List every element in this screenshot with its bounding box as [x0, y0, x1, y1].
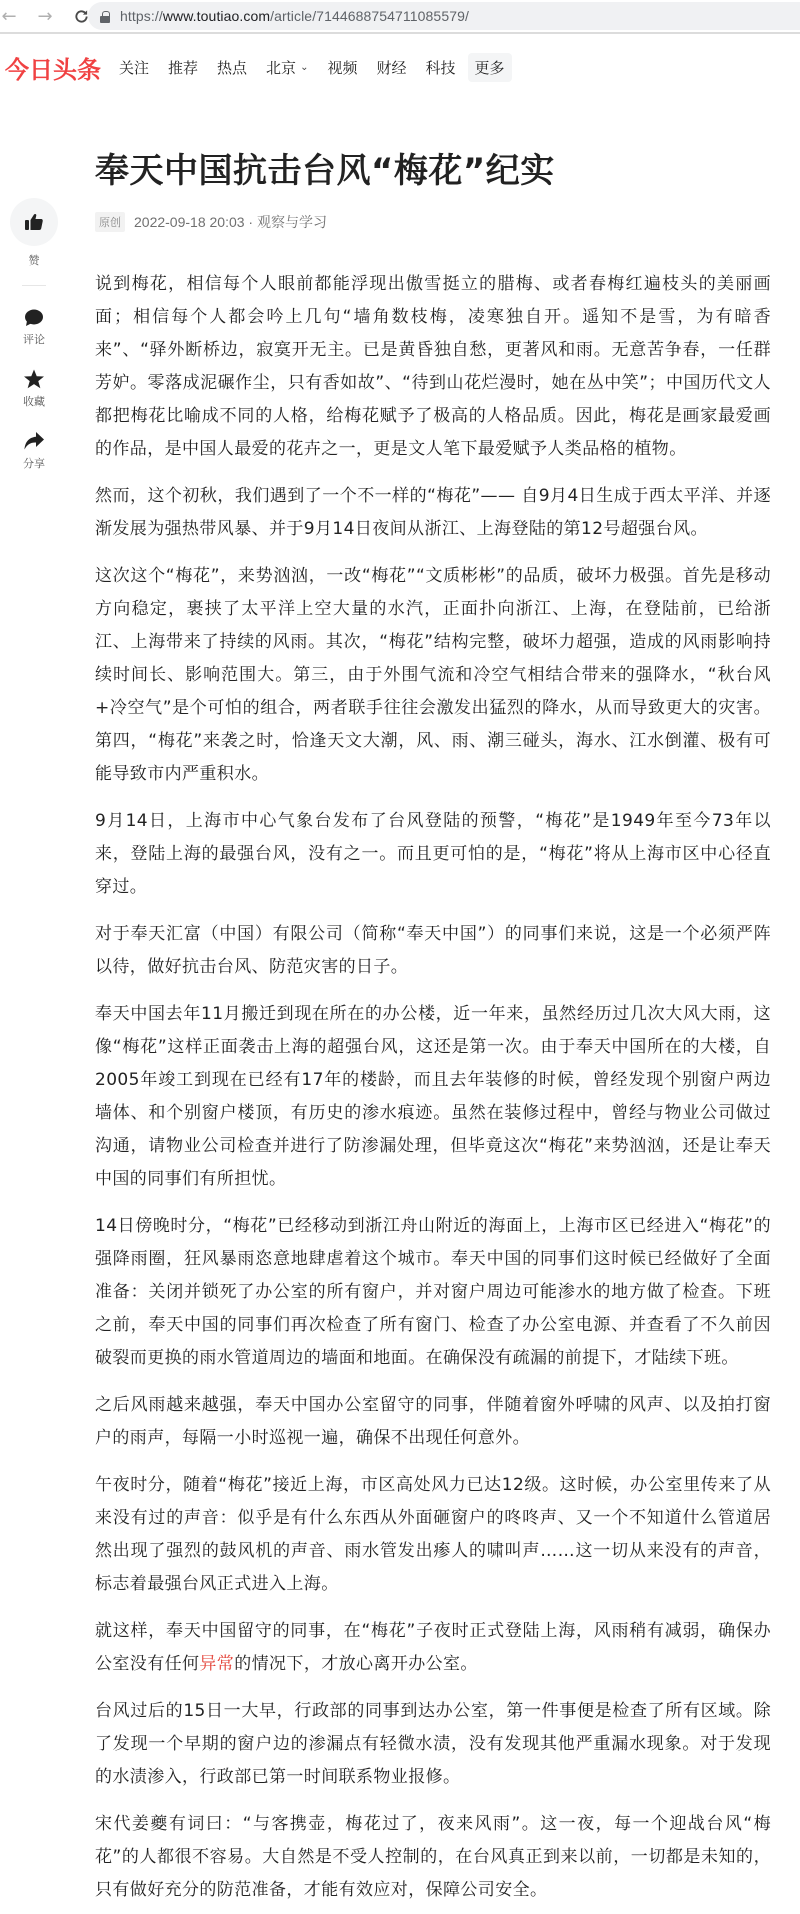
paragraph-text: 的情况下，才放心离开办公室。: [234, 1654, 478, 1674]
channel-nav: 关注 推荐 热点 北京⌄ 视频 财经 科技 更多: [119, 53, 531, 82]
collect-button[interactable]: 收藏: [23, 369, 45, 409]
nav-item-finance[interactable]: 财经: [376, 57, 406, 78]
paragraph: 台风过后的15日一大早，行政部的同事到达办公室，第一件事便是检查了所有区域。除了…: [95, 1695, 771, 1794]
paragraph: 午夜时分，随着“梅花”接近上海，市区高处风力已达12级。这时候，办公室里传来了从…: [95, 1469, 771, 1601]
collect-label: 收藏: [23, 393, 45, 409]
nav-item-follow[interactable]: 关注: [119, 57, 149, 78]
toutiao-logo[interactable]: 今日头条: [5, 50, 101, 85]
share-button[interactable]: 分享: [23, 431, 45, 471]
nav-item-beijing[interactable]: 北京⌄: [266, 57, 308, 78]
paragraph: 之后风雨越来越强，奉天中国办公室留守的同事，伴随着窗外呼啸的风声、以及拍打窗户的…: [95, 1389, 771, 1455]
comment-button[interactable]: 评论: [23, 309, 45, 347]
paragraph: 对于奉天汇富（中国）有限公司（简称“奉天中国”）的同事们来说，这是一个必须严阵以…: [95, 918, 771, 984]
article-body: 说到梅花，相信每个人眼前都能浮现出傲雪挺立的腊梅、或者春梅红遍枝头的美丽画面；相…: [95, 268, 771, 1914]
url-text: https://www.toutiao.com/article/71446887…: [120, 8, 469, 24]
paragraph: 9月14日，上海市中心气象台发布了台风登陆的预警，“梅花”是1949年至今73年…: [95, 805, 771, 904]
paragraph: 宋代姜夔有词曰：“与客携壶，梅花过了，夜来风雨”。这一夜，每一个迎战台风“梅花”…: [95, 1808, 771, 1907]
reload-icon: [74, 9, 89, 24]
lock-icon: [100, 11, 110, 22]
share-arrow-icon: [23, 431, 45, 451]
paragraph: 14日傍晚时分，“梅花”已经移动到浙江舟山附近的海面上，上海市区已经进入“梅花”…: [95, 1210, 771, 1375]
like-button[interactable]: 赞: [10, 198, 58, 268]
arrow-left-icon: ←: [1, 6, 16, 27]
nav-item-recommend[interactable]: 推荐: [168, 57, 198, 78]
browser-toolbar: ← → https://www.toutiao.com/article/7144…: [0, 0, 800, 34]
comment-label: 评论: [23, 331, 45, 347]
original-badge: 原创: [95, 212, 125, 232]
sidebar-divider: [22, 285, 46, 286]
nav-item-more[interactable]: 更多: [468, 53, 512, 82]
article-actions-sidebar: 赞 评论 收藏 分享: [10, 198, 58, 471]
nav-item-video[interactable]: 视频: [327, 57, 357, 78]
paragraph: 这次这个“梅花”，来势汹汹，一改“梅花”“文质彬彬”的品质，破坏力极强。首先是移…: [95, 560, 771, 791]
forward-button[interactable]: →: [34, 5, 56, 27]
star-icon: [23, 369, 45, 389]
arrow-right-icon: →: [37, 6, 52, 27]
highlight-link[interactable]: 异常: [199, 1654, 234, 1674]
nav-item-tech[interactable]: 科技: [425, 57, 455, 78]
like-circle[interactable]: [10, 198, 58, 246]
publish-info: 2022-09-18 20:03 · 观察与学习: [134, 212, 327, 232]
paragraph-with-highlight: 就这样，奉天中国留守的同事，在“梅花”子夜时正式登陆上海，风雨稍有减弱，确保办公…: [95, 1615, 771, 1681]
article-meta: 原创 2022-09-18 20:03 · 观察与学习: [95, 212, 327, 232]
share-label: 分享: [23, 455, 45, 471]
comment-icon: [24, 309, 44, 327]
paragraph: 奉天中国去年11月搬迁到现在所在的办公楼，近一年来，虽然经历过几次大风大雨，这像…: [95, 998, 771, 1196]
chevron-down-icon: ⌄: [300, 62, 308, 73]
nav-item-hot[interactable]: 热点: [217, 57, 247, 78]
paragraph: 说到梅花，相信每个人眼前都能浮现出傲雪挺立的腊梅、或者春梅红遍枝头的美丽画面；相…: [95, 268, 771, 466]
back-button[interactable]: ←: [0, 5, 20, 27]
like-label: 赞: [29, 252, 40, 268]
site-header: 今日头条 关注 推荐 热点 北京⌄ 视频 财经 科技 更多: [0, 36, 800, 98]
paragraph: 然而，这个初秋，我们遇到了一个不一样的“梅花”—— 自9月4日生成于西太平洋、并…: [95, 480, 771, 546]
address-bar[interactable]: https://www.toutiao.com/article/71446887…: [88, 2, 800, 30]
article-title: 奉天中国抗击台风“梅花”纪实: [95, 143, 555, 192]
thumbs-up-icon: [24, 212, 44, 232]
